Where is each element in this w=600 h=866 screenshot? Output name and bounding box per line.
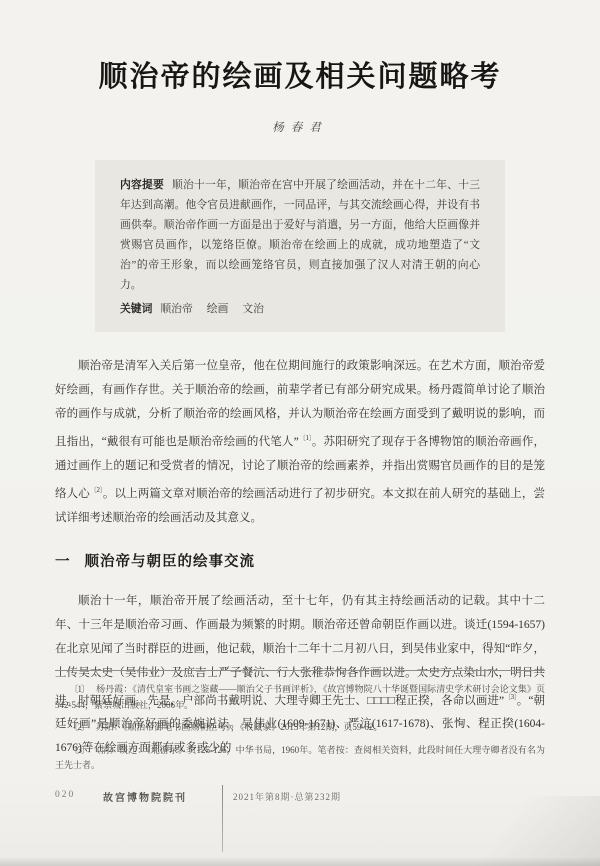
footnote-marker: 〔2〕 [69,722,89,732]
footnote-text: 杨丹霞：《清代皇室书画之鉴藏——顺治父子书画评析》，《故宫博物院八十华诞暨国际清… [55,684,545,710]
section-heading: 一顺治帝与朝臣的绘事交流 [55,550,545,571]
footnote-item: 〔3〕（清）谈迁：《北游录》页125-126，中华书局，1960年。笔者按：查阅… [55,743,545,774]
keyword: 顺治帝 [160,303,192,315]
journal-page: 顺治帝的绘画及相关问题略考 杨春君 内容提要顺治十一年，顺治帝在宫中开展了绘画活… [0,0,600,866]
footnote-ref-2: 〔2〕 [90,486,103,494]
intro-segment: 。以上两篇文章对顺治帝的绘画活动进行了初步研究。本文拟在前人研究的基础上，尝试详… [55,488,545,524]
footnote-marker: 〔1〕 [69,684,89,694]
abstract-label: 内容提要 [120,179,164,191]
footer-divider-line [222,785,223,852]
page-number: 020 [55,790,75,800]
keywords-line: 关键词顺治帝绘画文治 [120,299,480,319]
footnote-ref-1: 〔1〕 [299,434,312,442]
section-title: 顺治帝与朝臣的绘事交流 [85,554,256,570]
keyword: 文治 [242,303,264,315]
scan-corner-shadow [370,796,600,866]
keyword: 绘画 [207,303,229,315]
footnotes-block: 〔1〕杨丹霞：《清代皇室书画之鉴藏——顺治父子书画评析》，《故宫博物院八十华诞暨… [55,670,545,781]
abstract-text-block: 内容提要顺治十一年，顺治帝在宫中开展了绘画活动，并在十二年、十三年达到高潮。他令… [120,175,480,295]
footnote-item: 〔2〕苏阳：《顺治帝御笔书画赐朝臣考》，《收藏家》2015年第12期，页59-6… [55,720,545,736]
scan-bottom-edge [0,857,600,866]
intro-paragraph: 顺治帝是清军入关后第一位皇帝，他在位期间施行的政策影响深远。在艺术方面，顺治帝爱… [55,354,545,530]
footnote-item: 〔1〕杨丹霞：《清代皇室书画之鉴藏——顺治父子书画评析》，《故宫博物院八十华诞暨… [55,682,545,713]
issue-info: 2021年第8期·总第232期 [233,790,341,803]
author-name: 杨春君 [0,119,600,135]
paper-title: 顺治帝的绘画及相关问题略考 [0,0,600,95]
footnote-marker: 〔3〕 [69,745,89,755]
keywords-label: 关键词 [120,303,152,315]
journal-name: 故宫博物院院刊 [103,789,187,804]
footnote-text: （清）谈迁：《北游录》页125-126，中华书局，1960年。笔者按：查阅相关资… [55,745,545,771]
abstract-text: 顺治十一年，顺治帝在宫中开展了绘画活动，并在十二年、十三年达到高潮。他令官员进献… [120,179,480,291]
footnote-text: 苏阳：《顺治帝御笔书画赐朝臣考》，《收藏家》2015年第12期，页59-62。 [96,722,383,732]
section-number: 一 [55,554,71,570]
abstract-box: 内容提要顺治十一年，顺治帝在宫中开展了绘画活动，并在十二年、十三年达到高潮。他令… [95,160,505,332]
